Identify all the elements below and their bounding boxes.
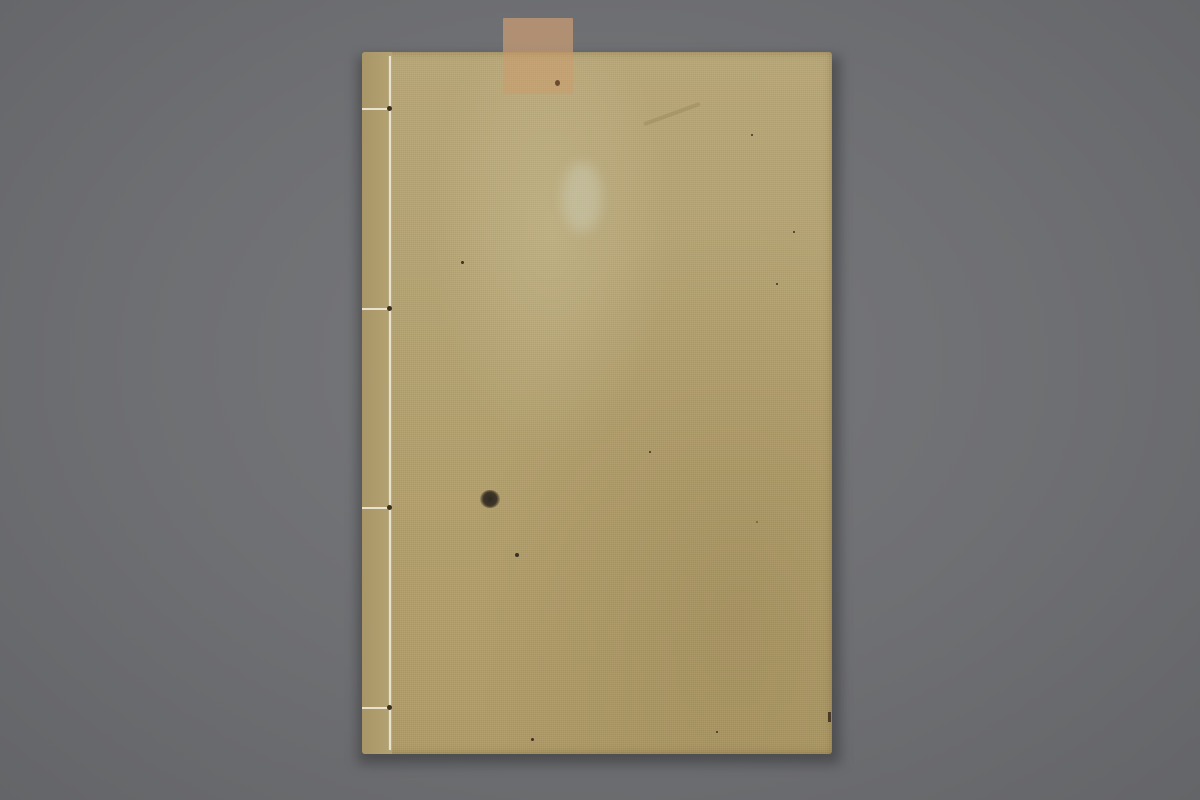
binding-thread-top [362,108,390,110]
spot-mark [793,231,795,233]
spot-mark [649,451,651,453]
spot-mark [751,134,753,136]
spine-binding-strip [362,52,392,754]
binding-thread-upper-middle [362,308,390,310]
book-cover [362,52,832,754]
label-slip-overlap [503,52,573,94]
thread-knot-icon [387,505,392,510]
edge-tab-mark [828,712,831,722]
binding-thread-lower-middle [362,507,390,509]
ink-blot-mark [480,490,500,508]
spot-mark [531,738,534,741]
spot-mark [776,283,778,285]
thread-knot-icon [387,705,392,710]
binding-thread-vertical [389,56,391,750]
cloth-texture [362,52,832,754]
binding-thread-bottom [362,707,390,709]
spot-mark [461,261,464,264]
spot-mark [515,553,519,557]
spot-mark [716,731,718,733]
thread-knot-icon [387,106,392,111]
thread-knot-icon [387,306,392,311]
spot-mark [756,521,758,523]
spot-mark [555,80,560,86]
pale-stain [562,162,602,232]
